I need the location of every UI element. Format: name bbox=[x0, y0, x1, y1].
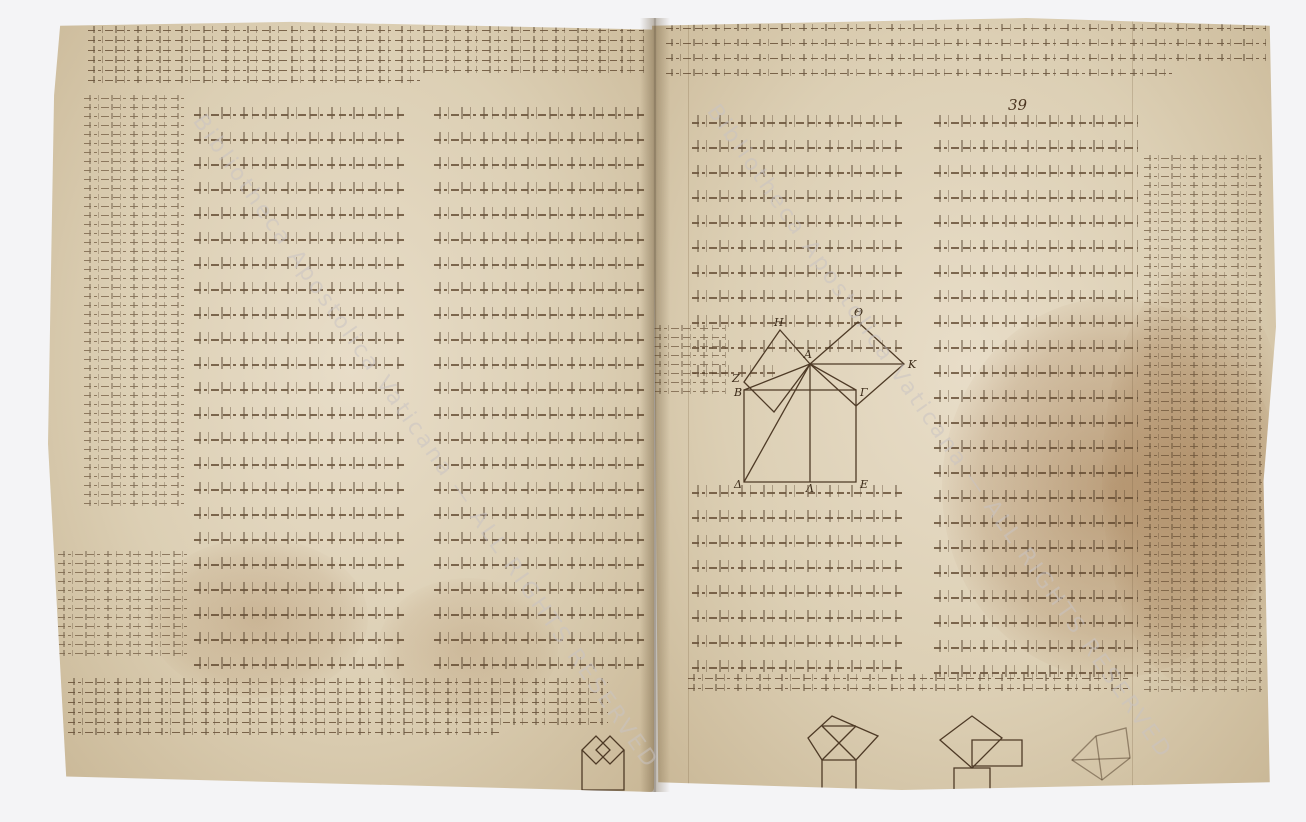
right-page-text-column-1-lower bbox=[692, 492, 902, 692]
bottom-diagram-1[interactable] bbox=[802, 712, 902, 790]
left-page-text-column-1 bbox=[194, 114, 404, 689]
right-margin-scholia bbox=[1144, 158, 1262, 698]
top-scholia bbox=[88, 30, 644, 90]
diagram-margin-note bbox=[654, 328, 726, 400]
left-page-text-column-2 bbox=[434, 114, 646, 689]
folio-number: 39 bbox=[1008, 96, 1027, 114]
svg-text:Θ: Θ bbox=[854, 306, 863, 319]
svg-text:Γ: Γ bbox=[859, 386, 868, 399]
bottom-diagram-2[interactable] bbox=[938, 716, 1048, 790]
bottom-scholia bbox=[688, 678, 1128, 698]
left-margin-scholia bbox=[84, 98, 184, 512]
pythagorean-theorem-diagram[interactable]: Η Θ Α Κ Ζ Β Γ Δ Λ Ε bbox=[724, 302, 924, 482]
bottom-diagram-3[interactable] bbox=[1068, 726, 1158, 790]
right-page: Η Θ Α Κ Ζ Β Γ Δ Λ Ε bbox=[652, 18, 1276, 790]
left-page bbox=[48, 18, 654, 792]
bottom-left-scholia bbox=[58, 554, 188, 662]
top-scholia bbox=[666, 28, 1266, 83]
svg-text:Κ: Κ bbox=[907, 358, 917, 371]
bottom-scholia bbox=[68, 682, 608, 742]
svg-text:Ζ: Ζ bbox=[731, 372, 740, 385]
svg-text:Η: Η bbox=[773, 316, 784, 329]
right-page-text-column-2 bbox=[934, 122, 1138, 697]
svg-text:Α: Α bbox=[803, 348, 812, 361]
left-page-bottom-diagram bbox=[576, 728, 636, 788]
svg-text:Β: Β bbox=[733, 386, 742, 399]
manuscript-spread: Η Θ Α Κ Ζ Β Γ Δ Λ Ε bbox=[0, 0, 1306, 822]
